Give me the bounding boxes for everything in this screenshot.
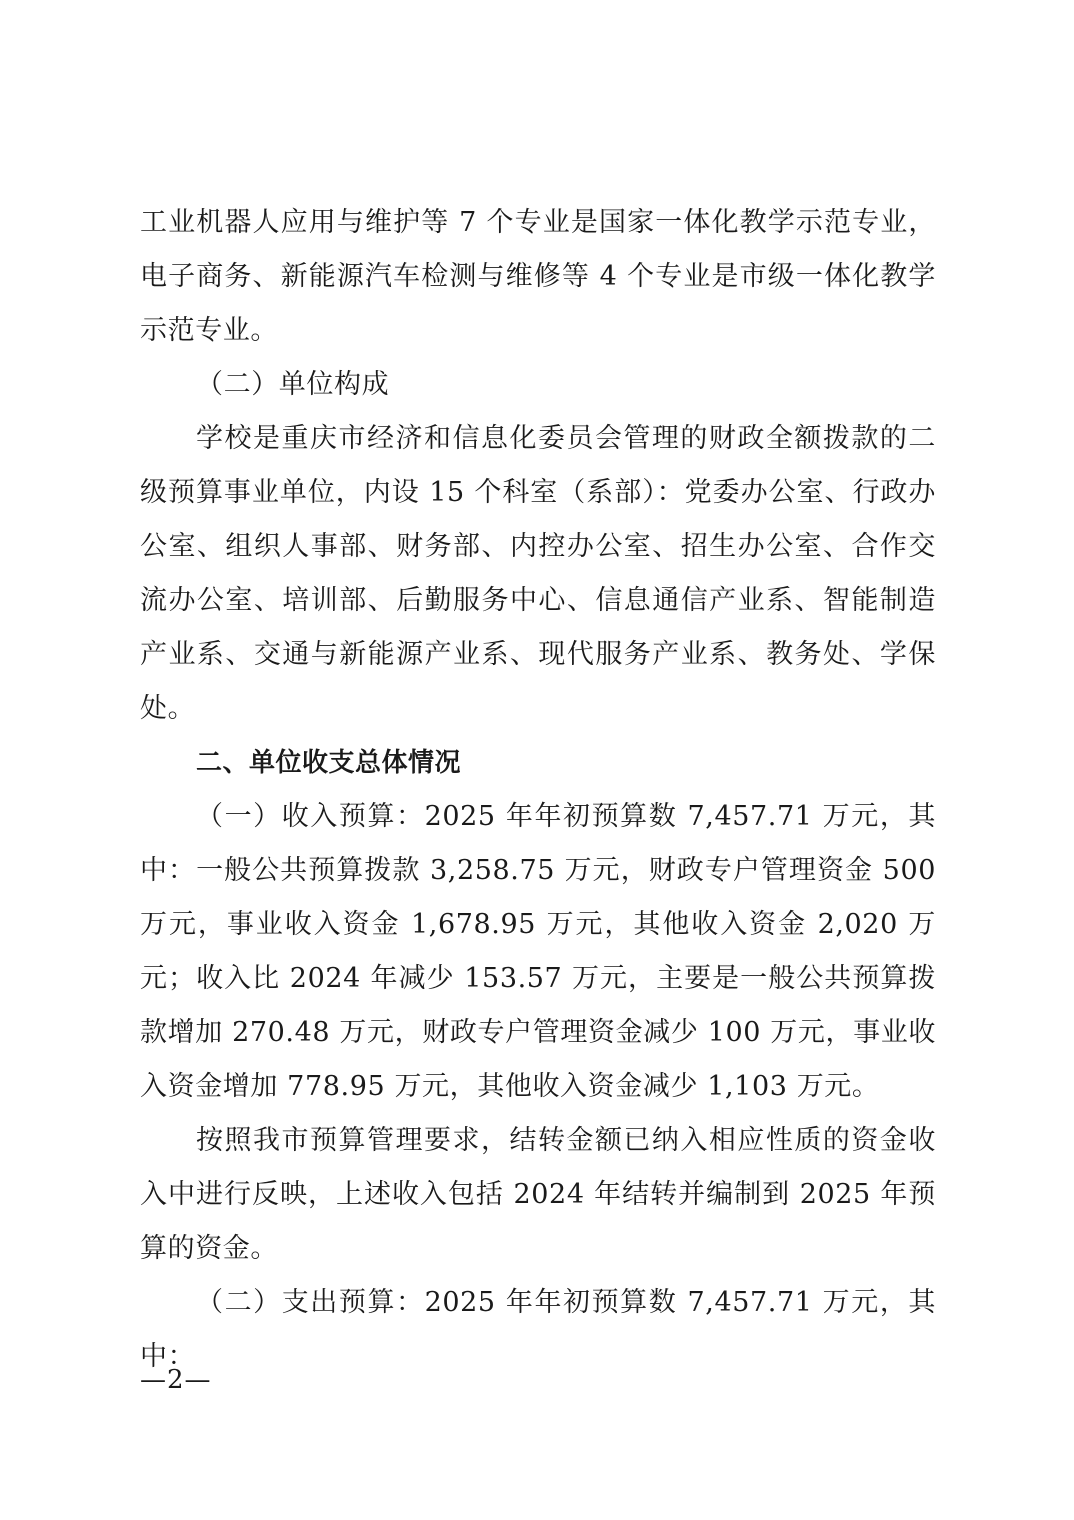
page-number: —2— bbox=[140, 1360, 212, 1400]
document-page: 工业机器人应用与维护等 7 个专业是国家一体化教学示范专业，电子商务、新能源汽车… bbox=[140, 196, 936, 1384]
paragraph-expenditure-budget: （二）支出预算：2025 年年初预算数 7,457.71 万元，其中： bbox=[140, 1276, 936, 1384]
heading-income-expenditure: 二、单位收支总体情况 bbox=[140, 736, 936, 790]
paragraph-income-budget: （一）收入预算：2025 年年初预算数 7,457.71 万元，其中：一般公共预… bbox=[140, 790, 936, 1114]
paragraph-majors: 工业机器人应用与维护等 7 个专业是国家一体化教学示范专业，电子商务、新能源汽车… bbox=[140, 196, 936, 358]
paragraph-unit-composition: 学校是重庆市经济和信息化委员会管理的财政全额拨款的二级预算事业单位，内设 15 … bbox=[140, 412, 936, 736]
paragraph-carryover: 按照我市预算管理要求，结转金额已纳入相应性质的资金收入中进行反映，上述收入包括 … bbox=[140, 1114, 936, 1276]
subheading-unit-composition: （二）单位构成 bbox=[140, 358, 936, 412]
